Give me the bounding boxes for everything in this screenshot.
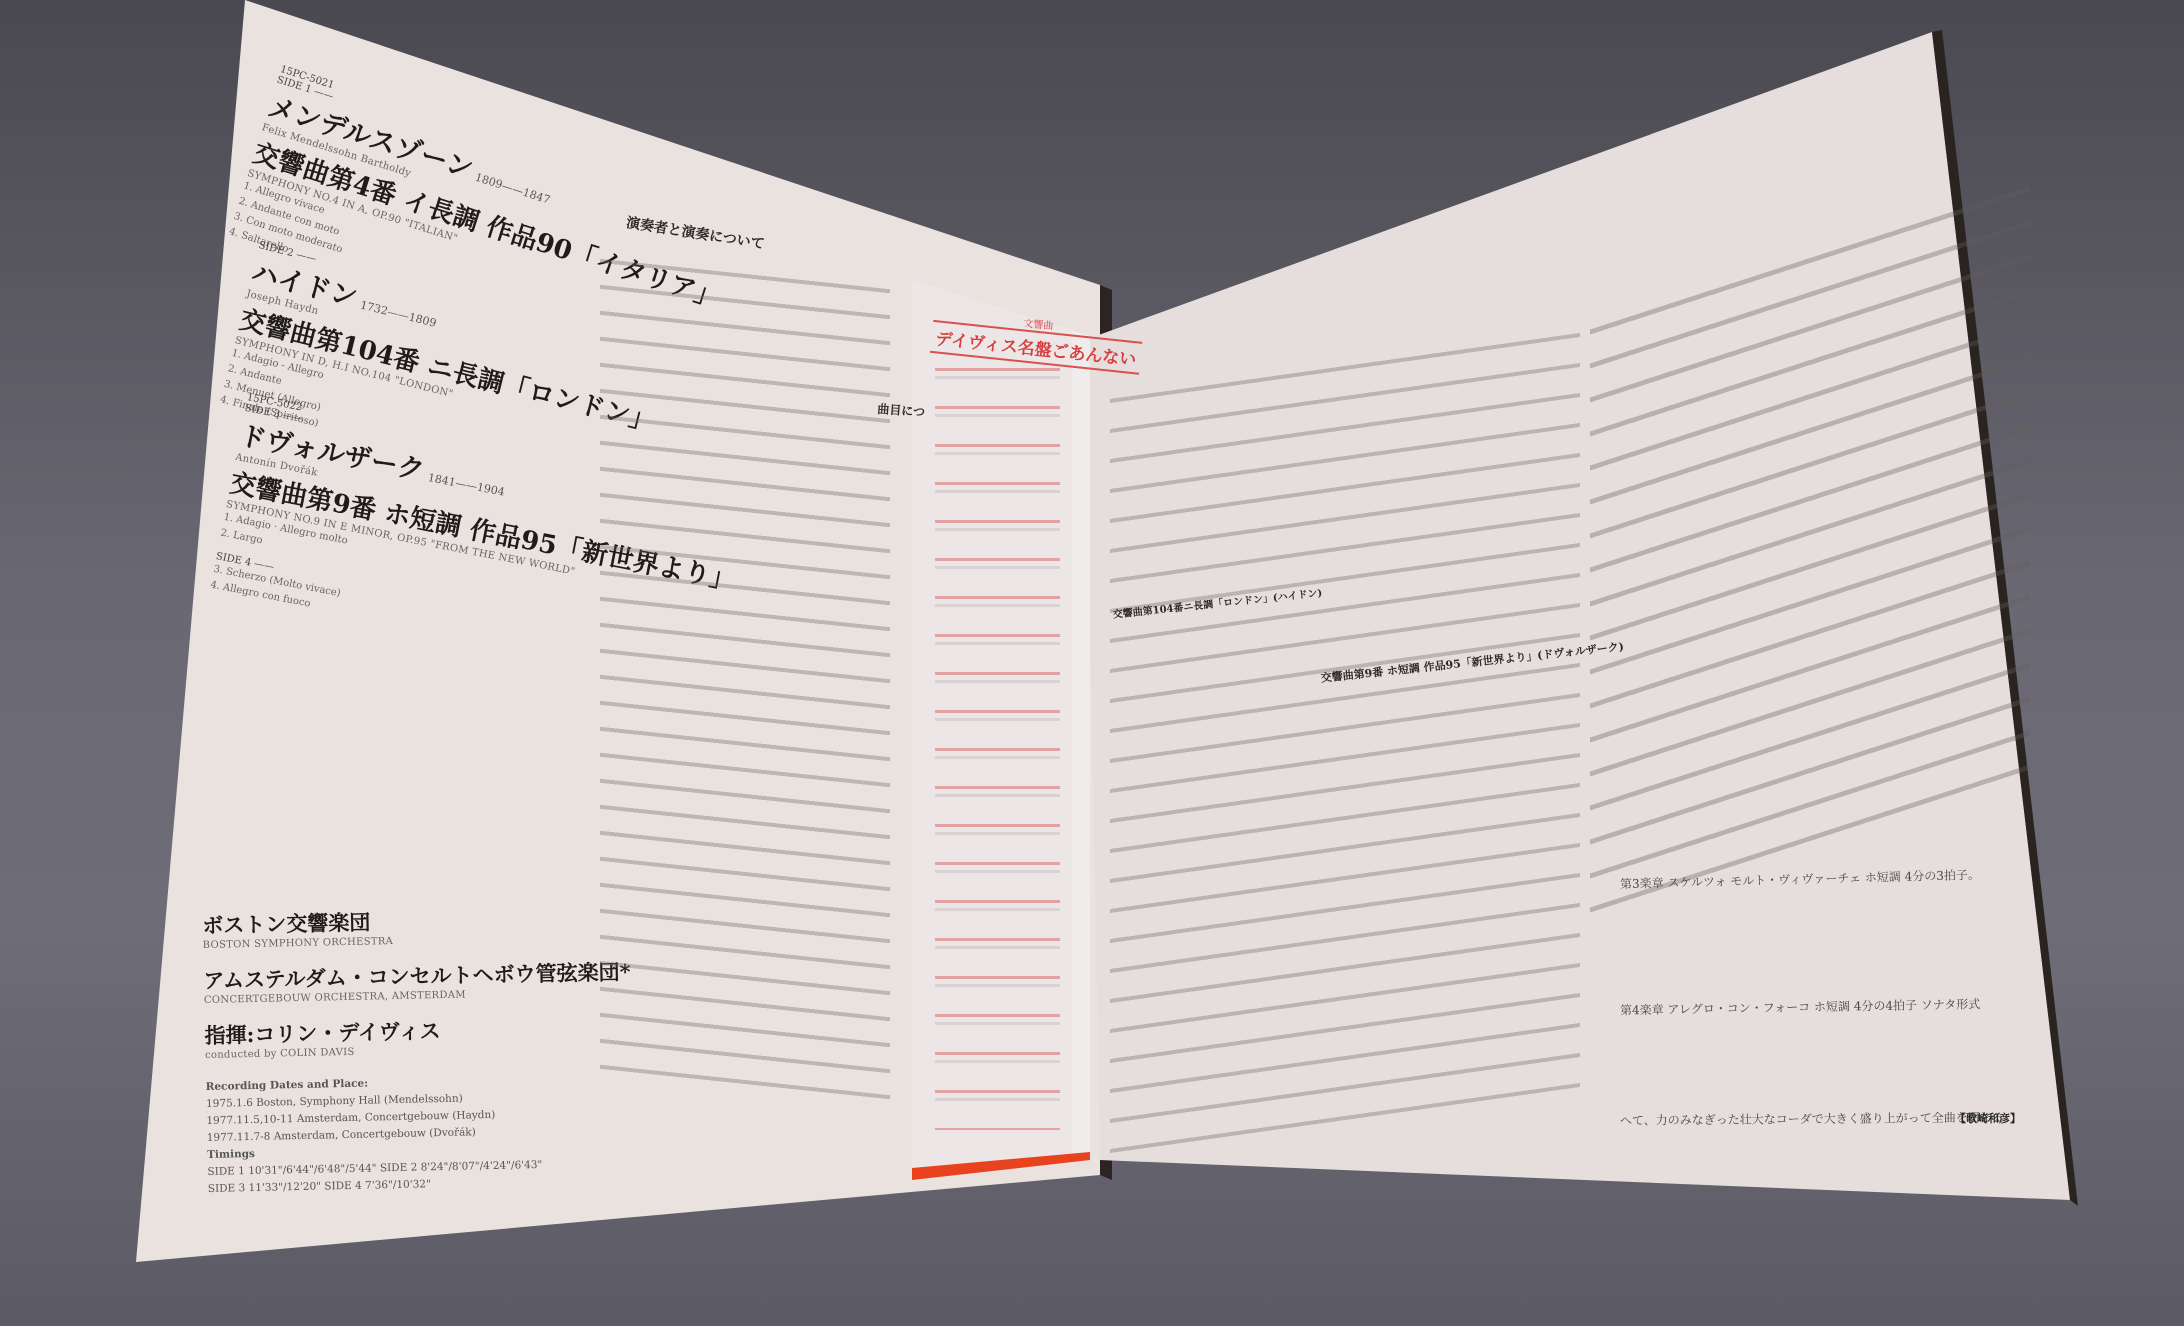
track-notes-heading: 曲目につ (877, 400, 926, 420)
insert-listing (935, 360, 1060, 1130)
dvorak-movement-notes: 第3楽章 スケルツォ モルト・ヴィヴァーチェ ホ短調 4分の3拍子。 第4楽章 … (1620, 865, 2016, 1133)
movement-4-note: 第4楽章 アレグロ・コン・フォーコ ホ短調 4分の4拍子 ソナタ形式 (1620, 990, 2016, 1025)
right-notes-column-1 (1110, 317, 1580, 1163)
notes-author: 【歌崎和彦】 (1955, 1110, 2021, 1126)
performance-notes-body (600, 245, 890, 1105)
performer-credits: ボストン交響楽団 BOSTON SYMPHONY ORCHESTRA アムステル… (202, 901, 635, 1198)
